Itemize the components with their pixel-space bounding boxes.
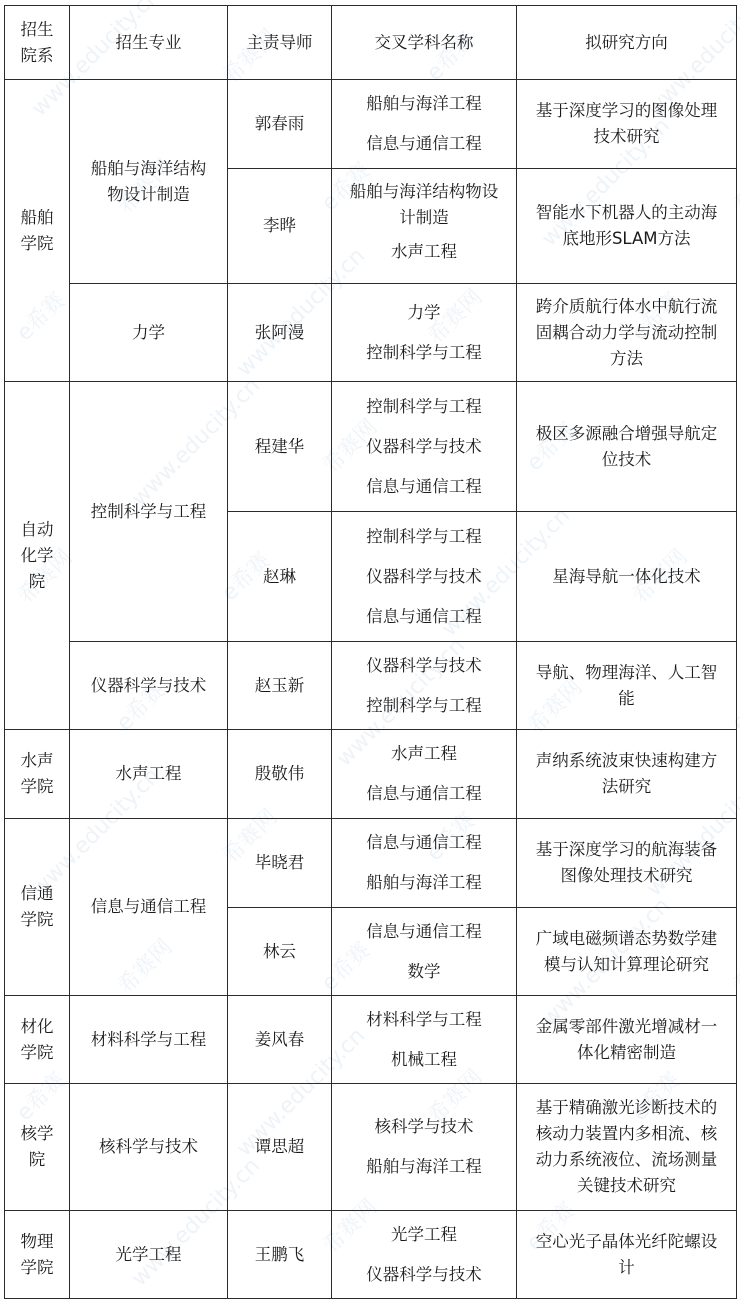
direction-cell: 智能水下机器人的主动海底地形SLAM方法 (517, 169, 737, 284)
discipline-cell: 材料科学与工程机械工程 (332, 996, 517, 1084)
direction-cell: 声纳系统波束快速构建方法研究 (517, 730, 737, 819)
major-cell: 光学工程 (70, 1211, 228, 1299)
major-cell: 力学 (70, 284, 228, 382)
table-row: 船舶学院 船舶与海洋结构物设计制造 郭春雨 船舶与海洋工程信息与通信工程 基于深… (5, 80, 737, 169)
direction-cell: 基于深度学习的图像处理技术研究 (517, 80, 737, 169)
major-cell: 控制科学与工程 (70, 382, 228, 642)
major-cell: 水声工程 (70, 730, 228, 819)
college-cell: 信通学院 (5, 819, 70, 996)
discipline-cell: 信息与通信工程数学 (332, 908, 517, 996)
direction-cell: 星海导航一体化技术 (517, 512, 737, 642)
table-row: 信通学院 信息与通信工程 毕晓君 信息与通信工程船舶与海洋工程 基于深度学习的航… (5, 819, 737, 908)
major-cell: 材料科学与工程 (70, 996, 228, 1084)
major-cell: 仪器科学与技术 (70, 642, 228, 730)
direction-cell: 导航、物理海洋、人工智能 (517, 642, 737, 730)
header-college: 招生院系 (5, 6, 70, 80)
table-row: 仪器科学与技术 赵玉新 仪器科学与技术控制科学与工程 导航、物理海洋、人工智能 (5, 642, 737, 730)
advisor-cell: 殷敬伟 (228, 730, 332, 819)
direction-cell: 基于深度学习的航海装备图像处理技术研究 (517, 819, 737, 908)
direction-cell: 金属零部件激光增减材一体化精密制造 (517, 996, 737, 1084)
direction-cell: 广域电磁频谱态势数学建模与认知计算理论研究 (517, 908, 737, 996)
advisor-cell: 赵玉新 (228, 642, 332, 730)
major-cell: 核科学与技术 (70, 1084, 228, 1211)
advisor-cell: 姜风春 (228, 996, 332, 1084)
college-cell: 船舶学院 (5, 80, 70, 382)
discipline-cell: 仪器科学与技术控制科学与工程 (332, 642, 517, 730)
college-cell: 物理学院 (5, 1211, 70, 1299)
discipline-cell: 控制科学与工程仪器科学与技术信息与通信工程 (332, 512, 517, 642)
table-row: 材化学院 材料科学与工程 姜风春 材料科学与工程机械工程 金属零部件激光增减材一… (5, 996, 737, 1084)
enrollment-table: 招生院系 招生专业 主责导师 交叉学科名称 拟研究方向 船舶学院 船舶与海洋结构… (4, 5, 737, 1299)
discipline-cell: 信息与通信工程船舶与海洋工程 (332, 819, 517, 908)
college-cell: 材化学院 (5, 996, 70, 1084)
discipline-cell: 光学工程仪器科学与技术 (332, 1211, 517, 1299)
college-cell: 核学院 (5, 1084, 70, 1211)
discipline-cell: 船舶与海洋结构物设 计制造 水声工程 (332, 169, 517, 284)
direction-cell: 跨介质航行体水中航行流固耦合动力学与流动控制方法 (517, 284, 737, 382)
discipline-cell: 核科学与技术船舶与海洋工程 (332, 1084, 517, 1211)
discipline-cell: 水声工程信息与通信工程 (332, 730, 517, 819)
header-advisor: 主责导师 (228, 6, 332, 80)
table-row: 自动化学院 控制科学与工程 程建华 控制科学与工程仪器科学与技术信息与通信工程 … (5, 382, 737, 512)
advisor-cell: 张阿漫 (228, 284, 332, 382)
college-cell: 水声学院 (5, 730, 70, 819)
direction-cell: 极区多源融合增强导航定位技术 (517, 382, 737, 512)
advisor-cell: 李晔 (228, 169, 332, 284)
major-cell: 信息与通信工程 (70, 819, 228, 996)
advisor-cell: 郭春雨 (228, 80, 332, 169)
discipline-cell: 控制科学与工程仪器科学与技术信息与通信工程 (332, 382, 517, 512)
header-direction: 拟研究方向 (517, 6, 737, 80)
table-row: 物理学院 光学工程 王鹏飞 光学工程仪器科学与技术 空心光子晶体光纤陀螺设计 (5, 1211, 737, 1299)
advisor-cell: 赵琳 (228, 512, 332, 642)
direction-cell: 基于精确激光诊断技术的核动力装置内多相流、核动力系统液位、流场测量关键技术研究 (517, 1084, 737, 1211)
discipline-cell: 船舶与海洋工程信息与通信工程 (332, 80, 517, 169)
table-row: 水声学院 水声工程 殷敬伟 水声工程信息与通信工程 声纳系统波束快速构建方法研究 (5, 730, 737, 819)
header-major: 招生专业 (70, 6, 228, 80)
major-cell: 船舶与海洋结构物设计制造 (70, 80, 228, 284)
table-row: 力学 张阿漫 力学控制科学与工程 跨介质航行体水中航行流固耦合动力学与流动控制方… (5, 284, 737, 382)
direction-cell: 空心光子晶体光纤陀螺设计 (517, 1211, 737, 1299)
table-header-row: 招生院系 招生专业 主责导师 交叉学科名称 拟研究方向 (5, 6, 737, 80)
advisor-cell: 谭思超 (228, 1084, 332, 1211)
advisor-cell: 王鹏飞 (228, 1211, 332, 1299)
table-row: 核学院 核科学与技术 谭思超 核科学与技术船舶与海洋工程 基于精确激光诊断技术的… (5, 1084, 737, 1211)
header-discipline: 交叉学科名称 (332, 6, 517, 80)
advisor-cell: 林云 (228, 908, 332, 996)
college-cell: 自动化学院 (5, 382, 70, 730)
advisor-cell: 毕晓君 (228, 819, 332, 908)
discipline-cell: 力学控制科学与工程 (332, 284, 517, 382)
advisor-cell: 程建华 (228, 382, 332, 512)
